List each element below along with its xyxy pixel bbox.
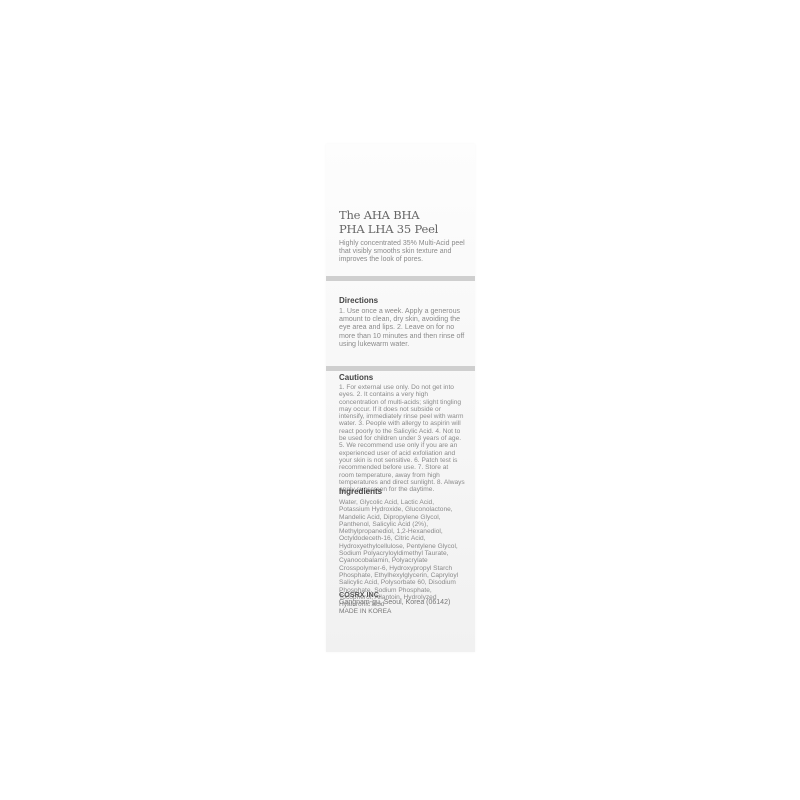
directions-text: 1. Use once a week. Apply a generous amo…: [339, 307, 465, 348]
product-title-line1: The AHA BHA: [339, 208, 465, 222]
directions-heading: Directions: [339, 296, 465, 305]
company-name: COSRX INC.: [339, 591, 465, 599]
cautions-text: 1. For external use only. Do not get int…: [339, 384, 465, 493]
product-title-line2: PHA LHA 35 Peel: [339, 222, 465, 236]
cautions-heading: Cautions: [339, 373, 465, 382]
product-label-panel: The AHA BHA PHA LHA 35 Peel Highly conce…: [326, 144, 475, 652]
product-description: Highly concentrated 35% Multi-Acid peel …: [339, 240, 465, 265]
section-divider-top: [326, 276, 475, 281]
directions-section: Directions 1. Use once a week. Apply a g…: [339, 296, 465, 348]
product-title: The AHA BHA PHA LHA 35 Peel: [339, 208, 465, 236]
section-divider-middle: [326, 366, 475, 371]
country-of-origin: MADE IN KOREA: [339, 608, 465, 616]
cautions-section: Cautions 1. For external use only. Do no…: [339, 373, 465, 493]
ingredients-heading: Ingredients: [339, 487, 465, 496]
manufacturer-section: COSRX INC. Gangnam-gu, Seoul, Korea (061…: [339, 591, 465, 616]
company-address: Gangnam-gu, Seoul, Korea (06142): [339, 599, 465, 608]
